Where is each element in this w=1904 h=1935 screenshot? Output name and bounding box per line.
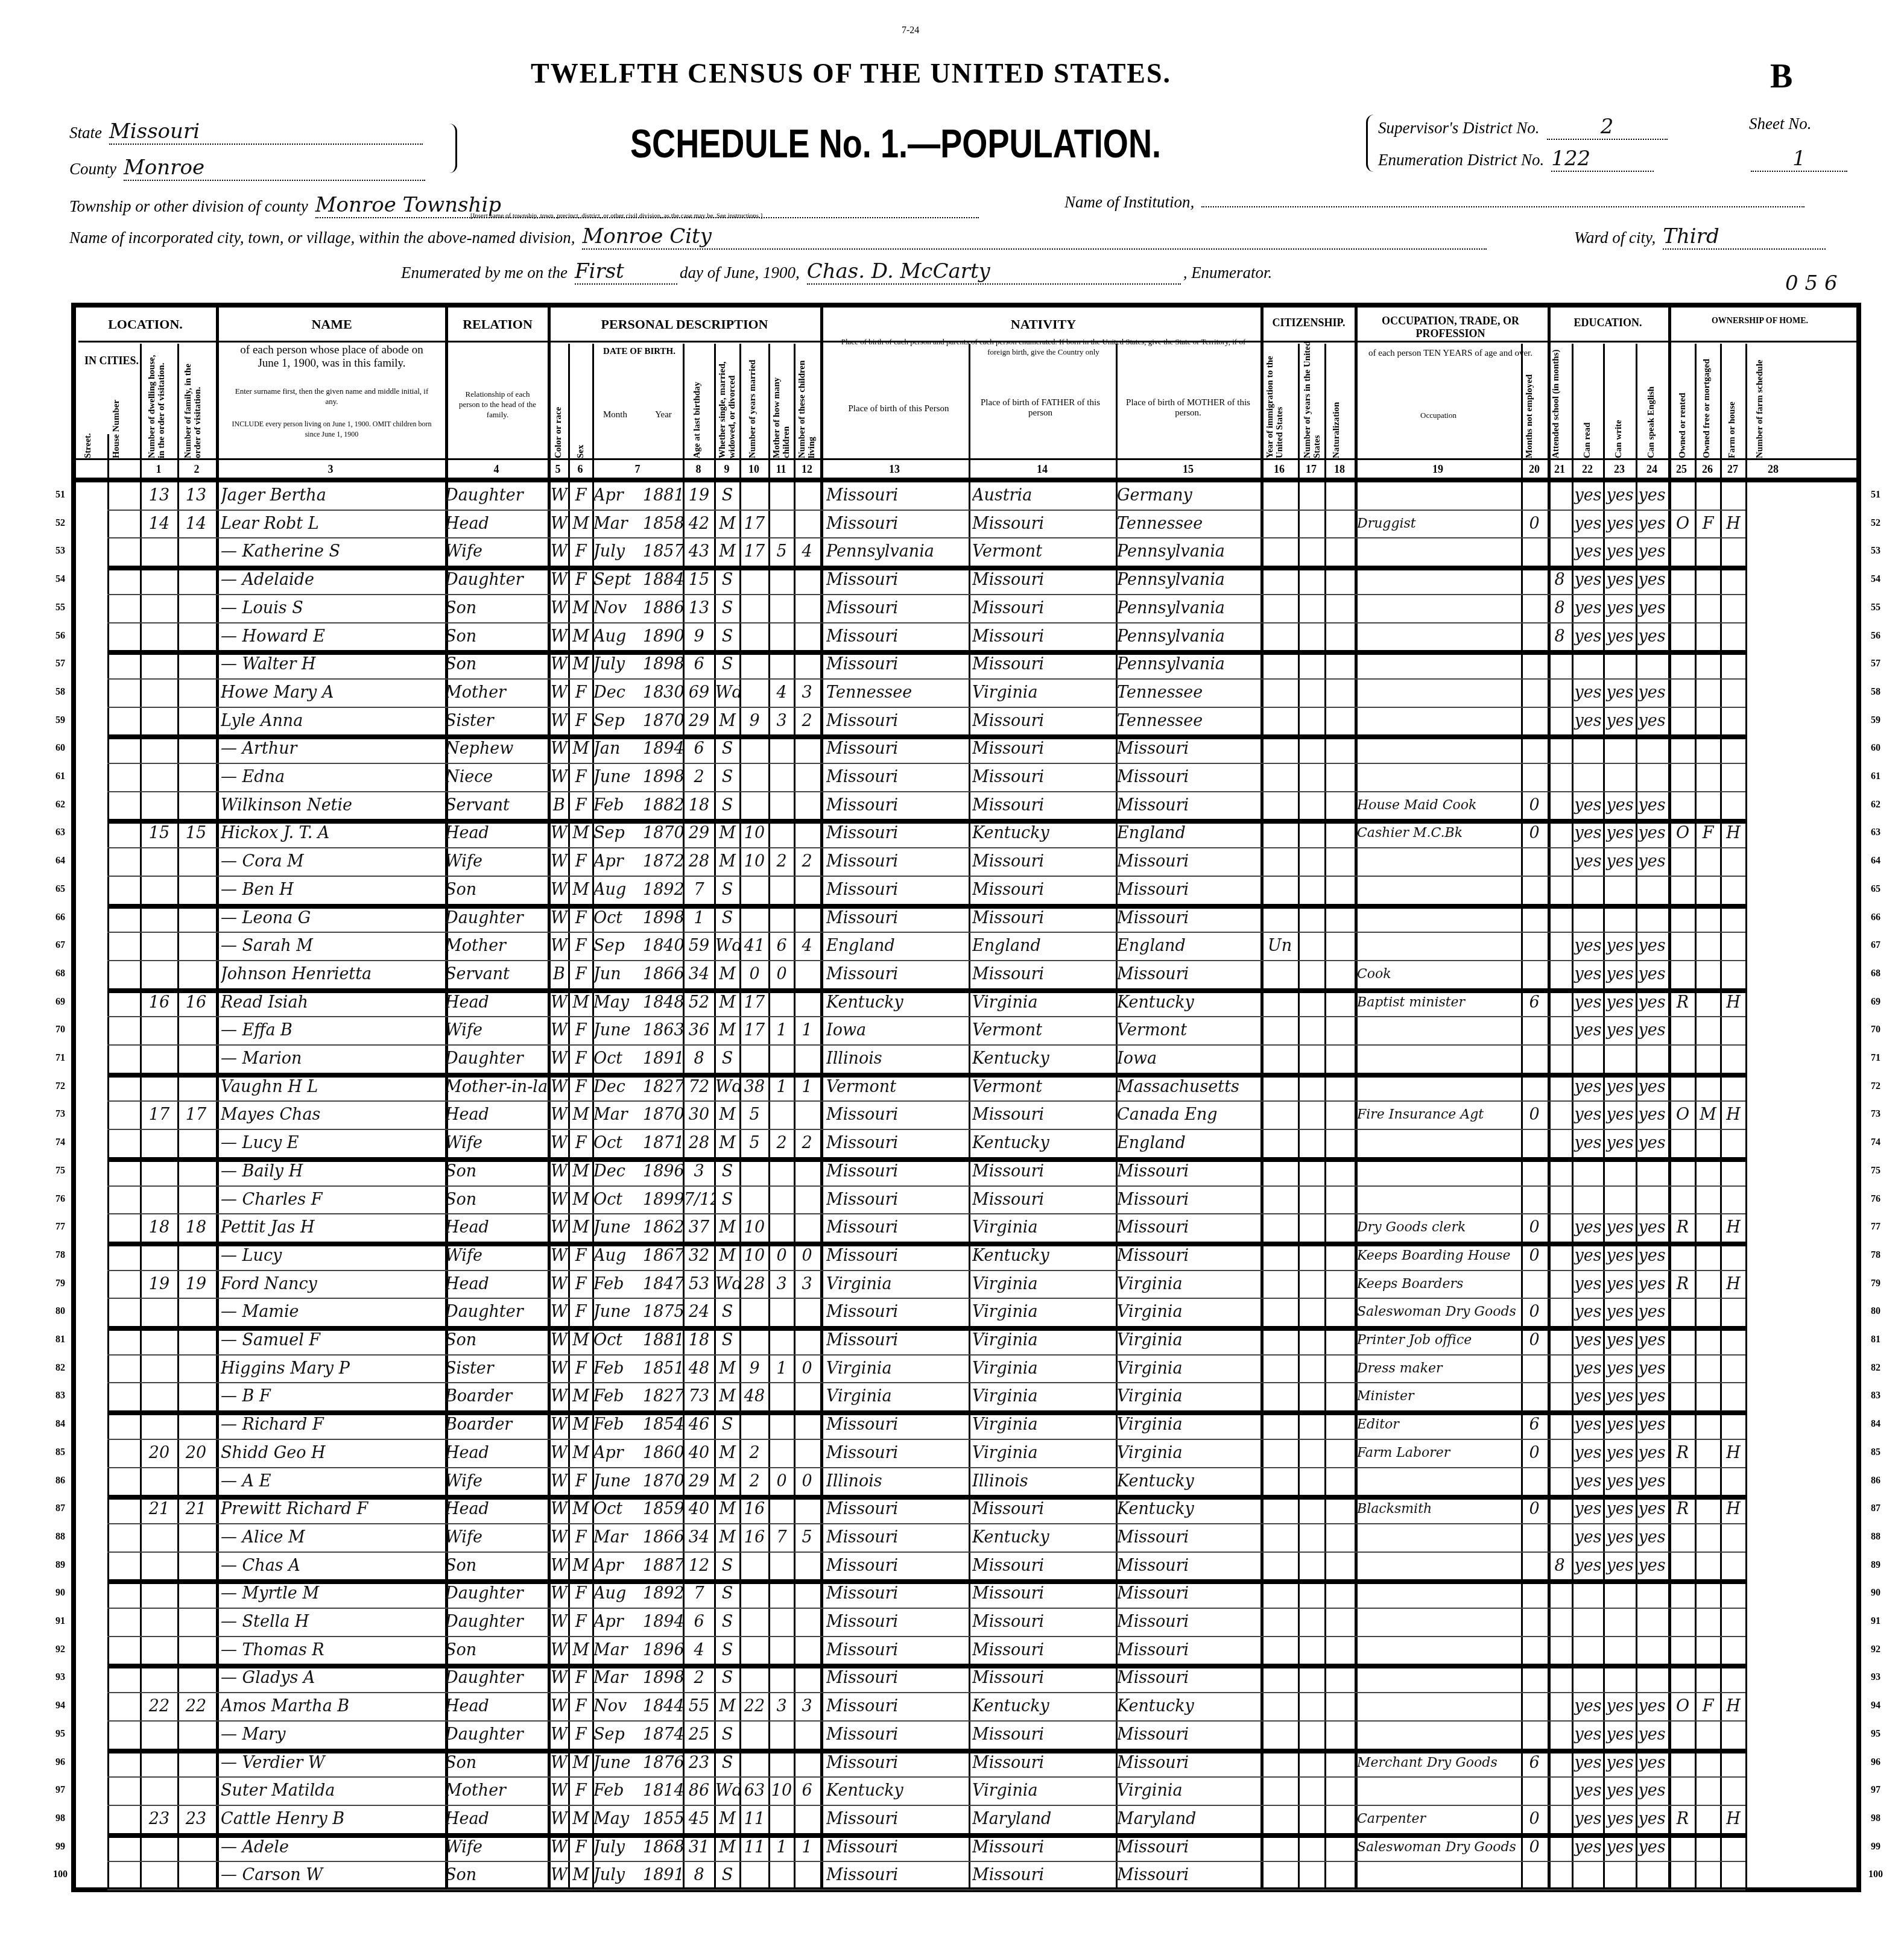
row-divider [107, 847, 1745, 848]
cell-ym: 38 [741, 1075, 768, 1099]
cell-age: 86 [684, 1779, 714, 1803]
cell-ym: 28 [741, 1272, 768, 1296]
cell-age: 6 [684, 652, 714, 677]
cell-en: yes [1637, 821, 1667, 845]
cell-ym: 5 [741, 1131, 768, 1155]
line-number-right: 87 [1864, 1503, 1888, 1514]
cell-en: yes [1637, 709, 1667, 733]
cell-month: Mar [593, 512, 642, 536]
cell-mne: 0 [1522, 1216, 1546, 1240]
row-divider [107, 1467, 1745, 1468]
cell-rel: Son [445, 1160, 548, 1184]
cell-sex: M [569, 512, 592, 536]
cell-pof: Missouri [972, 1188, 1115, 1212]
hdr-relation-desc: Relationship of each person to the head … [455, 389, 540, 420]
cell-year: 1881 [643, 1328, 683, 1353]
cell-month: Mar [593, 1638, 642, 1662]
cell-rel: Servant [445, 794, 548, 818]
cell-year: 1827 [643, 1384, 683, 1409]
line-number-right: 97 [1864, 1785, 1888, 1796]
cell-en: yes [1637, 596, 1667, 620]
cell-month: June [593, 765, 642, 789]
cell-pom: Missouri [1117, 850, 1259, 874]
cell-mar: S [715, 484, 739, 508]
row-divider [107, 763, 1745, 764]
cell-name: Vaughn H L [221, 1075, 441, 1099]
cell-month: Feb [593, 1413, 642, 1437]
cell-occ: Dress maker [1357, 1357, 1520, 1381]
cell-wr: yes [1604, 991, 1636, 1015]
cell-pob: Missouri [826, 1526, 969, 1550]
cell-wr: yes [1604, 850, 1636, 874]
cell-mar: S [715, 794, 739, 818]
cell-pom: Kentucky [1117, 991, 1259, 1015]
cell-rd: yes [1573, 1328, 1603, 1353]
cell-month: July [593, 1836, 642, 1860]
hdr-pob-mother: Place of birth of MOTHER of this person. [1122, 398, 1254, 418]
line-number-right: 59 [1864, 715, 1888, 726]
line-number-right: 74 [1864, 1137, 1888, 1148]
cell-rel: Son [445, 1863, 548, 1887]
cell-rd: yes [1573, 709, 1603, 733]
cell-mar: M [715, 1103, 739, 1127]
cell-wr: yes [1604, 1272, 1636, 1296]
cell-month: Sep [593, 934, 642, 958]
cell-month: Feb [593, 1272, 642, 1296]
cell-pof: Virginia [972, 1441, 1115, 1465]
cell-en: yes [1637, 1779, 1667, 1803]
cell-name: Johnson Henrietta [221, 962, 441, 986]
cell-fam: 14 [179, 512, 213, 536]
township-label: Township or other division of county [69, 197, 308, 215]
enumeration-field: Enumeration District No. 122 [1378, 147, 1654, 172]
cell-wr: yes [1604, 1836, 1636, 1860]
cell-color: W [550, 878, 568, 902]
cell-year: 1875 [643, 1300, 683, 1324]
cell-fam: 17 [179, 1103, 213, 1127]
cell-color: W [550, 1413, 568, 1437]
cell-name: Cattle Henry B [221, 1807, 441, 1831]
cell-pof: Virginia [972, 991, 1115, 1015]
row-divider [107, 1044, 1745, 1046]
row-divider [107, 707, 1745, 708]
cell-pom: Missouri [1117, 737, 1259, 761]
cell-moc: 3 [770, 1694, 794, 1719]
cell-sex: F [569, 1666, 592, 1690]
cell-year: 1866 [643, 962, 683, 986]
line-number-left: 82 [48, 1363, 72, 1374]
cell-year: 1894 [643, 1610, 683, 1634]
cell-ym: 5 [741, 1103, 768, 1127]
row-divider [107, 1889, 1745, 1890]
line-number-left: 57 [48, 658, 72, 669]
line-number-left: 97 [48, 1785, 72, 1796]
hdr-pob-father: Place of birth of FATHER of this person [974, 398, 1107, 418]
cell-pob: Missouri [826, 512, 969, 536]
cell-sex: M [569, 1216, 592, 1240]
cell-rel: Daughter [445, 568, 548, 592]
cell-pof: Missouri [972, 1863, 1115, 1887]
cell-color: W [550, 540, 568, 564]
hdr-location: LOCATION. [78, 317, 212, 332]
cell-sex: F [569, 681, 592, 705]
cell-pom: Pennsylvania [1117, 625, 1259, 649]
hdr-ownership: OWNERSHIP OF HOME. [1669, 317, 1850, 326]
line-number-right: 60 [1864, 743, 1888, 754]
cell-color: W [550, 625, 568, 649]
cell-rel: Wife [445, 1469, 548, 1494]
line-number-right: 63 [1864, 827, 1888, 838]
cell-month: Aug [593, 878, 642, 902]
cell-mne: 0 [1522, 1103, 1546, 1127]
cell-pom: Virginia [1117, 1384, 1259, 1409]
cell-pob: Missouri [826, 1413, 969, 1437]
line-number-right: 51 [1864, 490, 1888, 500]
cell-pof: Missouri [972, 1638, 1115, 1662]
cell-month: Feb [593, 1779, 642, 1803]
cell-color: W [550, 484, 568, 508]
column-number: 28 [1761, 463, 1785, 476]
cell-rel: Head [445, 991, 548, 1015]
cell-ym: 2 [741, 1441, 768, 1465]
cell-year: 1882 [643, 794, 683, 818]
cell-ym: 10 [741, 1244, 768, 1268]
cell-pom: Tennessee [1117, 709, 1259, 733]
cell-pom: Missouri [1117, 1723, 1259, 1747]
cell-ym: 10 [741, 821, 768, 845]
row-divider [107, 1382, 1745, 1383]
cell-pof: Missouri [972, 906, 1115, 930]
cell-moc: 6 [770, 934, 794, 958]
line-number-left: 91 [48, 1616, 72, 1627]
cell-mar: S [715, 906, 739, 930]
cell-occ: Cashier M.C.Bk [1357, 821, 1520, 845]
column-divider [1324, 344, 1326, 1890]
cell-pom: Missouri [1117, 1160, 1259, 1184]
cell-year: 1851 [643, 1357, 683, 1381]
cell-fam: 16 [179, 991, 213, 1015]
hdr-education: EDUCATION. [1549, 317, 1667, 329]
cell-pom: Canada Eng [1117, 1103, 1259, 1127]
row-divider [107, 594, 1745, 595]
cell-year: 1887 [643, 1554, 683, 1578]
hdr-years-married: Number of years married [748, 344, 757, 458]
cell-age: 29 [684, 709, 714, 733]
form-mark: 7-24 [902, 25, 919, 36]
cell-sex: F [569, 1047, 592, 1071]
column-divider [1668, 308, 1671, 1890]
cell-liv: 4 [795, 540, 819, 564]
cell-ym: 17 [741, 991, 768, 1015]
cell-pob: Missouri [826, 1300, 969, 1324]
cell-year: 1844 [643, 1694, 683, 1719]
line-number-left: 75 [48, 1166, 72, 1176]
column-number: 2 [185, 463, 209, 476]
cell-rd: yes [1573, 1807, 1603, 1831]
cell-name: — Chas A [221, 1554, 441, 1578]
line-number-left: 73 [48, 1109, 72, 1120]
line-number-right: 52 [1864, 518, 1888, 529]
cell-sex: F [569, 1300, 592, 1324]
column-divider [820, 308, 823, 1890]
cell-wr: yes [1604, 1497, 1636, 1521]
cell-pom: Virginia [1117, 1300, 1259, 1324]
cell-rd: yes [1573, 1526, 1603, 1550]
cell-wr: yes [1604, 1384, 1636, 1409]
cell-name: — Howard E [221, 625, 441, 649]
cell-rel: Mother [445, 681, 548, 705]
cell-rel: Daughter [445, 1666, 548, 1690]
cell-fam: 15 [179, 821, 213, 845]
column-number: 25 [1669, 463, 1694, 476]
cell-mne: 6 [1522, 1751, 1546, 1775]
row-divider [107, 510, 1745, 511]
township-note: [Insert name of township, town, precinct… [470, 212, 763, 219]
cell-rd: yes [1573, 1469, 1603, 1494]
cell-mne: 0 [1522, 821, 1546, 845]
cell-mar: M [715, 1526, 739, 1550]
cell-mar: S [715, 652, 739, 677]
cell-name: — Carson W [221, 1863, 441, 1887]
sheet-value-field: 1 [1746, 147, 1847, 172]
cell-wr: yes [1604, 1723, 1636, 1747]
cell-mar: S [715, 1582, 739, 1606]
cell-rel: Wife [445, 540, 548, 564]
cell-wr: yes [1604, 1328, 1636, 1353]
cell-year: 1827 [643, 1075, 683, 1099]
line-number-left: 99 [48, 1842, 72, 1852]
column-divider [969, 344, 970, 1890]
cell-year: 1881 [643, 484, 683, 508]
cell-rel: Son [445, 1638, 548, 1662]
cell-name: — Adelaide [221, 568, 441, 592]
cell-color: W [550, 765, 568, 789]
cell-name: — Verdier W [221, 1751, 441, 1775]
row-divider [107, 1270, 1745, 1271]
hdr-free-mortgaged: Owned free or mortgaged [1702, 338, 1712, 458]
cell-sex: F [569, 1018, 592, 1043]
cell-ym: 41 [741, 934, 768, 958]
cell-year: 1862 [643, 1216, 683, 1240]
cell-pom: Virginia [1117, 1357, 1259, 1381]
cell-own: R [1671, 1272, 1695, 1296]
cell-age: 48 [684, 1357, 714, 1381]
column-number: 22 [1575, 463, 1599, 476]
cell-month: Oct [593, 1497, 642, 1521]
line-number-left: 56 [48, 631, 72, 642]
row-divider [107, 876, 1745, 877]
column-divider [1745, 344, 1747, 1890]
cell-mar: S [715, 1047, 739, 1071]
cell-liv: 4 [795, 934, 819, 958]
line-number-left: 79 [48, 1278, 72, 1289]
cell-color: W [550, 821, 568, 845]
cell-year: 1891 [643, 1047, 683, 1071]
cell-mar: S [715, 1723, 739, 1747]
cell-age: 53 [684, 1272, 714, 1296]
cell-age: 69 [684, 681, 714, 705]
cell-fh: H [1721, 1441, 1745, 1465]
cell-mne: 0 [1522, 1497, 1546, 1521]
cell-pof: Austria [972, 484, 1115, 508]
cell-year: 1871 [643, 1131, 683, 1155]
line-number-left: 77 [48, 1222, 72, 1233]
line-number-right: 75 [1864, 1166, 1888, 1176]
cell-pom: Virginia [1117, 1441, 1259, 1465]
cell-age: 25 [684, 1723, 714, 1747]
cell-rel: Nephew [445, 737, 548, 761]
cell-name: Howe Mary A [221, 681, 441, 705]
column-number: 11 [769, 463, 793, 476]
line-number-right: 90 [1864, 1588, 1888, 1599]
cell-mar: M [715, 1131, 739, 1155]
line-number-left: 94 [48, 1700, 72, 1711]
cell-pom: Tennessee [1117, 681, 1259, 705]
cell-name: Ford Nancy [221, 1272, 441, 1296]
line-number-left: 67 [48, 940, 72, 951]
cell-pof: Kentucky [972, 1694, 1115, 1719]
cell-year: 1876 [643, 1751, 683, 1775]
cell-age: 73 [684, 1384, 714, 1409]
cell-age: 13 [684, 596, 714, 620]
cell-name: — Arthur [221, 737, 441, 761]
column-number: 12 [795, 463, 819, 476]
cell-en: yes [1637, 681, 1667, 705]
cell-wr: yes [1604, 1216, 1636, 1240]
cell-mar: S [715, 1300, 739, 1324]
cell-name: — Samuel F [221, 1328, 441, 1353]
cell-own: R [1671, 991, 1695, 1015]
cell-mar: S [715, 596, 739, 620]
cell-pob: Missouri [826, 1723, 969, 1747]
cell-pof: Missouri [972, 1497, 1115, 1521]
cell-ym: 0 [741, 962, 768, 986]
cell-en: yes [1637, 1216, 1667, 1240]
cell-occ: Dry Goods clerk [1357, 1216, 1520, 1240]
line-number-right: 67 [1864, 940, 1888, 951]
cell-year: 1870 [643, 1469, 683, 1494]
cell-month: May [593, 991, 642, 1015]
cell-age: 2 [684, 765, 714, 789]
cell-sex: M [569, 1413, 592, 1437]
cell-moc: 1 [770, 1018, 794, 1043]
cell-mar: S [715, 1188, 739, 1212]
cell-sex: F [569, 1131, 592, 1155]
cell-month: Nov [593, 1694, 642, 1719]
cell-rel: Son [445, 596, 548, 620]
cell-year: 1858 [643, 512, 683, 536]
cell-pob: Missouri [826, 794, 969, 818]
cell-en: yes [1637, 1328, 1667, 1353]
cell-own: R [1671, 1441, 1695, 1465]
cell-pob: Missouri [826, 1216, 969, 1240]
hdr-relation: RELATION [449, 317, 546, 332]
cell-color: W [550, 1384, 568, 1409]
cell-ym: 48 [741, 1384, 768, 1409]
cell-wr: yes [1604, 1413, 1636, 1437]
cell-sex: F [569, 962, 592, 986]
cell-occ: House Maid Cook [1357, 794, 1520, 818]
cell-sex: M [569, 625, 592, 649]
cell-name: Jager Bertha [221, 484, 441, 508]
cell-wr: yes [1604, 934, 1636, 958]
line-number-right: 81 [1864, 1334, 1888, 1345]
cell-age: 72 [684, 1075, 714, 1099]
cell-fam: 21 [179, 1497, 213, 1521]
row-divider [107, 791, 1745, 792]
line-number-left: 58 [48, 687, 72, 698]
cell-name: Hickox J. T. A [221, 821, 441, 845]
cell-color: W [550, 934, 568, 958]
cell-name: — Effa B [221, 1018, 441, 1043]
cell-rel: Head [445, 512, 548, 536]
cell-liv: 5 [795, 1526, 819, 1550]
line-number-left: 96 [48, 1757, 72, 1768]
cell-rd: yes [1573, 794, 1603, 818]
cell-month: Feb [593, 1357, 642, 1381]
cell-rd: yes [1573, 540, 1603, 564]
cell-rd: yes [1573, 1075, 1603, 1099]
cell-pob: Illinois [826, 1469, 969, 1494]
hdr-occupation-col: Occupation [1363, 410, 1514, 420]
cell-mar: S [715, 1413, 739, 1437]
cell-ym: 63 [741, 1779, 768, 1803]
cell-sex: M [569, 1188, 592, 1212]
county-label: County [69, 160, 116, 178]
cell-name: Lyle Anna [221, 709, 441, 733]
cell-sex: M [569, 1554, 592, 1578]
cell-color: W [550, 1272, 568, 1296]
hdr-farm-schedule: Number of farm schedule [1755, 338, 1765, 458]
cell-month: Mar [593, 1103, 642, 1127]
cell-color: W [550, 991, 568, 1015]
cell-pof: Missouri [972, 850, 1115, 874]
cell-year: 1896 [643, 1160, 683, 1184]
cell-pof: Kentucky [972, 821, 1115, 845]
line-number-left: 53 [48, 546, 72, 557]
cell-pof: Missouri [972, 1160, 1115, 1184]
row-divider [107, 1185, 1745, 1187]
cell-pof: Missouri [972, 1582, 1115, 1606]
cell-en: yes [1637, 1751, 1667, 1775]
hdr-can-read: Can read [1583, 398, 1592, 458]
cell-pom: Missouri [1117, 1666, 1259, 1690]
row-divider [107, 1551, 1745, 1553]
cell-year: 1886 [643, 596, 683, 620]
cell-name: — Myrtle M [221, 1582, 441, 1606]
cell-pob: Missouri [826, 1441, 969, 1465]
cell-name: — Charles F [221, 1188, 441, 1212]
row-divider [107, 1720, 1745, 1722]
column-number: 14 [1030, 463, 1054, 476]
line-number-left: 95 [48, 1729, 72, 1740]
cell-liv: 6 [795, 1779, 819, 1803]
cell-sex: F [569, 568, 592, 592]
cell-year: 1870 [643, 709, 683, 733]
cell-month: June [593, 1469, 642, 1494]
column-divider [768, 344, 770, 1890]
cell-pom: Tennessee [1117, 512, 1259, 536]
cell-liv: 0 [795, 1244, 819, 1268]
cell-en: yes [1637, 1357, 1667, 1381]
cell-mar: M [715, 1836, 739, 1860]
cell-name: — Gladys A [221, 1666, 441, 1690]
cell-en: yes [1637, 991, 1667, 1015]
cell-pob: Missouri [826, 1554, 969, 1578]
column-number: 6 [568, 463, 592, 476]
cell-year: 1860 [643, 1441, 683, 1465]
cell-moc: 1 [770, 1357, 794, 1381]
